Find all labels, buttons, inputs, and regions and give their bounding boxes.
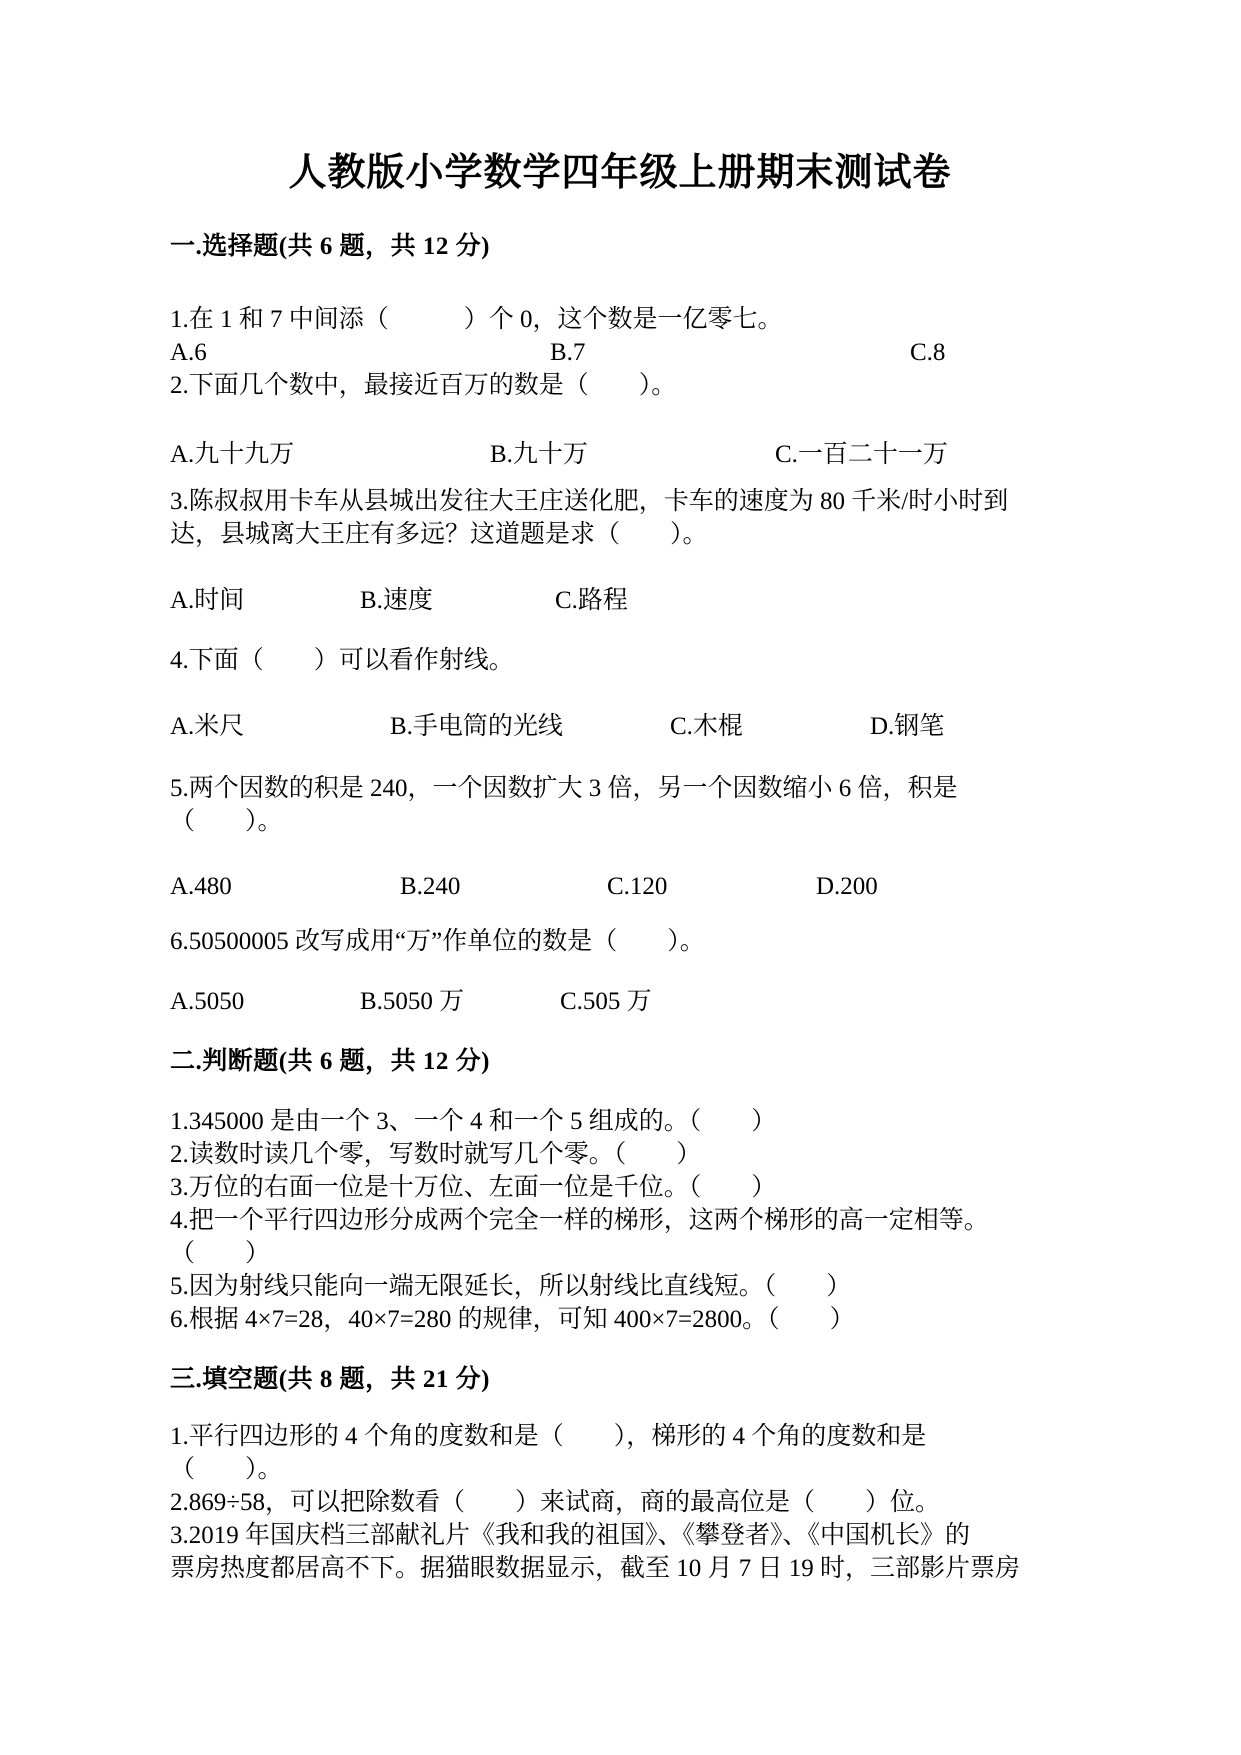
section-1-header: 一.选择题(共 6 题，共 12 分) (170, 230, 1070, 263)
judge-6: 6.根据 4×7=28，40×7=280 的规律，可知 400×7=2800。（… (170, 1303, 1070, 1336)
judge-3: 3.万位的右面一位是十万位、左面一位是千位。（ ） (170, 1171, 1070, 1204)
section-3-header: 三.填空题(共 8 题，共 21 分) (170, 1363, 1070, 1396)
judge-4-line1: 4.把一个平行四边形分成两个完全一样的梯形，这两个梯形的高一定相等。 (170, 1204, 1070, 1237)
q5-options: A.480 B.240 C.120 D.200 (170, 870, 1070, 903)
q2-option-c: C.一百二十一万 (775, 438, 948, 471)
blank-3-line1: 3.2019 年国庆档三部献礼片《我和我的祖国》、《攀登者》、《中国机长》的 (170, 1519, 1070, 1552)
q4-option-c: C.木棍 (670, 710, 870, 743)
q1-option-b: B.7 (550, 336, 910, 369)
q4-option-d: D.钢笔 (870, 710, 944, 743)
blank-3-line2: 票房热度都居高不下。据猫眼数据显示，截至 10 月 7 日 19 时，三部影片票… (170, 1552, 1070, 1585)
q5-option-c: C.120 (607, 870, 816, 903)
q3-stem-line1: 3.陈叔叔用卡车从县城出发往大王庄送化肥，卡车的速度为 80 千米/时小时到 (170, 485, 1070, 518)
q5-stem-line2: （ ）。 (170, 805, 1070, 838)
q4-options: A.米尺 B.手电筒的光线 C.木棍 D.钢笔 (170, 710, 1070, 743)
q4-option-a: A.米尺 (170, 710, 390, 743)
q3-stem-line2: 达，县城离大王庄有多远？这道题是求（ ）。 (170, 518, 1070, 551)
judge-5: 5.因为射线只能向一端无限延长，所以射线比直线短。（ ） (170, 1270, 1070, 1303)
q5-stem-line1: 5.两个因数的积是 240，一个因数扩大 3 倍，另一个因数缩小 6 倍，积是 (170, 772, 1070, 805)
blank-1-line1: 1.平行四边形的 4 个角的度数和是（ ），梯形的 4 个角的度数和是 (170, 1420, 1070, 1453)
q3-option-c: C.路程 (555, 584, 628, 617)
q1-option-a: A.6 (170, 336, 550, 369)
q6-option-b: B.5050 万 (360, 985, 560, 1018)
q6-option-c: C.505 万 (560, 985, 652, 1018)
q2-options: A.九十九万 B.九十万 C.一百二十一万 (170, 438, 1070, 471)
q4-stem: 4.下面（ ）可以看作射线。 (170, 644, 1070, 677)
q2-option-a: A.九十九万 (170, 438, 490, 471)
q4-option-b: B.手电筒的光线 (390, 710, 670, 743)
exam-paper-page: 人教版小学数学四年级上册期末测试卷 一.选择题(共 6 题，共 12 分) 1.… (0, 0, 1241, 1755)
q3-options: A.时间 B.速度 C.路程 (170, 584, 1070, 617)
section-2-header: 二.判断题(共 6 题，共 12 分) (170, 1045, 1070, 1078)
judge-2: 2.读数时读几个零，写数时就写几个零。（ ） (170, 1138, 1070, 1171)
page-title: 人教版小学数学四年级上册期末测试卷 (170, 150, 1070, 196)
q6-stem: 6.50500005 改写成用“万”作单位的数是（ ）。 (170, 925, 1070, 958)
q3-option-a: A.时间 (170, 584, 360, 617)
q6-option-a: A.5050 (170, 985, 360, 1018)
q5-option-d: D.200 (816, 870, 878, 903)
q1-options: A.6 B.7 C.8 (170, 336, 1070, 369)
judge-4-line2: （ ） (170, 1237, 1070, 1270)
judge-1: 1.345000 是由一个 3、一个 4 和一个 5 组成的。（ ） (170, 1105, 1070, 1138)
q6-options: A.5050 B.5050 万 C.505 万 (170, 985, 1070, 1018)
blank-2: 2.869÷58，可以把除数看（ ）来试商，商的最高位是（ ）位。 (170, 1486, 1070, 1519)
q5-option-a: A.480 (170, 870, 400, 903)
q2-option-b: B.九十万 (490, 438, 775, 471)
q5-option-b: B.240 (400, 870, 607, 903)
q1-stem: 1.在 1 和 7 中间添（ ）个 0，这个数是一亿零七。 (170, 303, 1070, 336)
q1-option-c: C.8 (910, 336, 945, 369)
q3-option-b: B.速度 (360, 584, 555, 617)
q2-stem: 2.下面几个数中，最接近百万的数是（ ）。 (170, 369, 1070, 402)
blank-1-line2: （ ）。 (170, 1453, 1070, 1486)
